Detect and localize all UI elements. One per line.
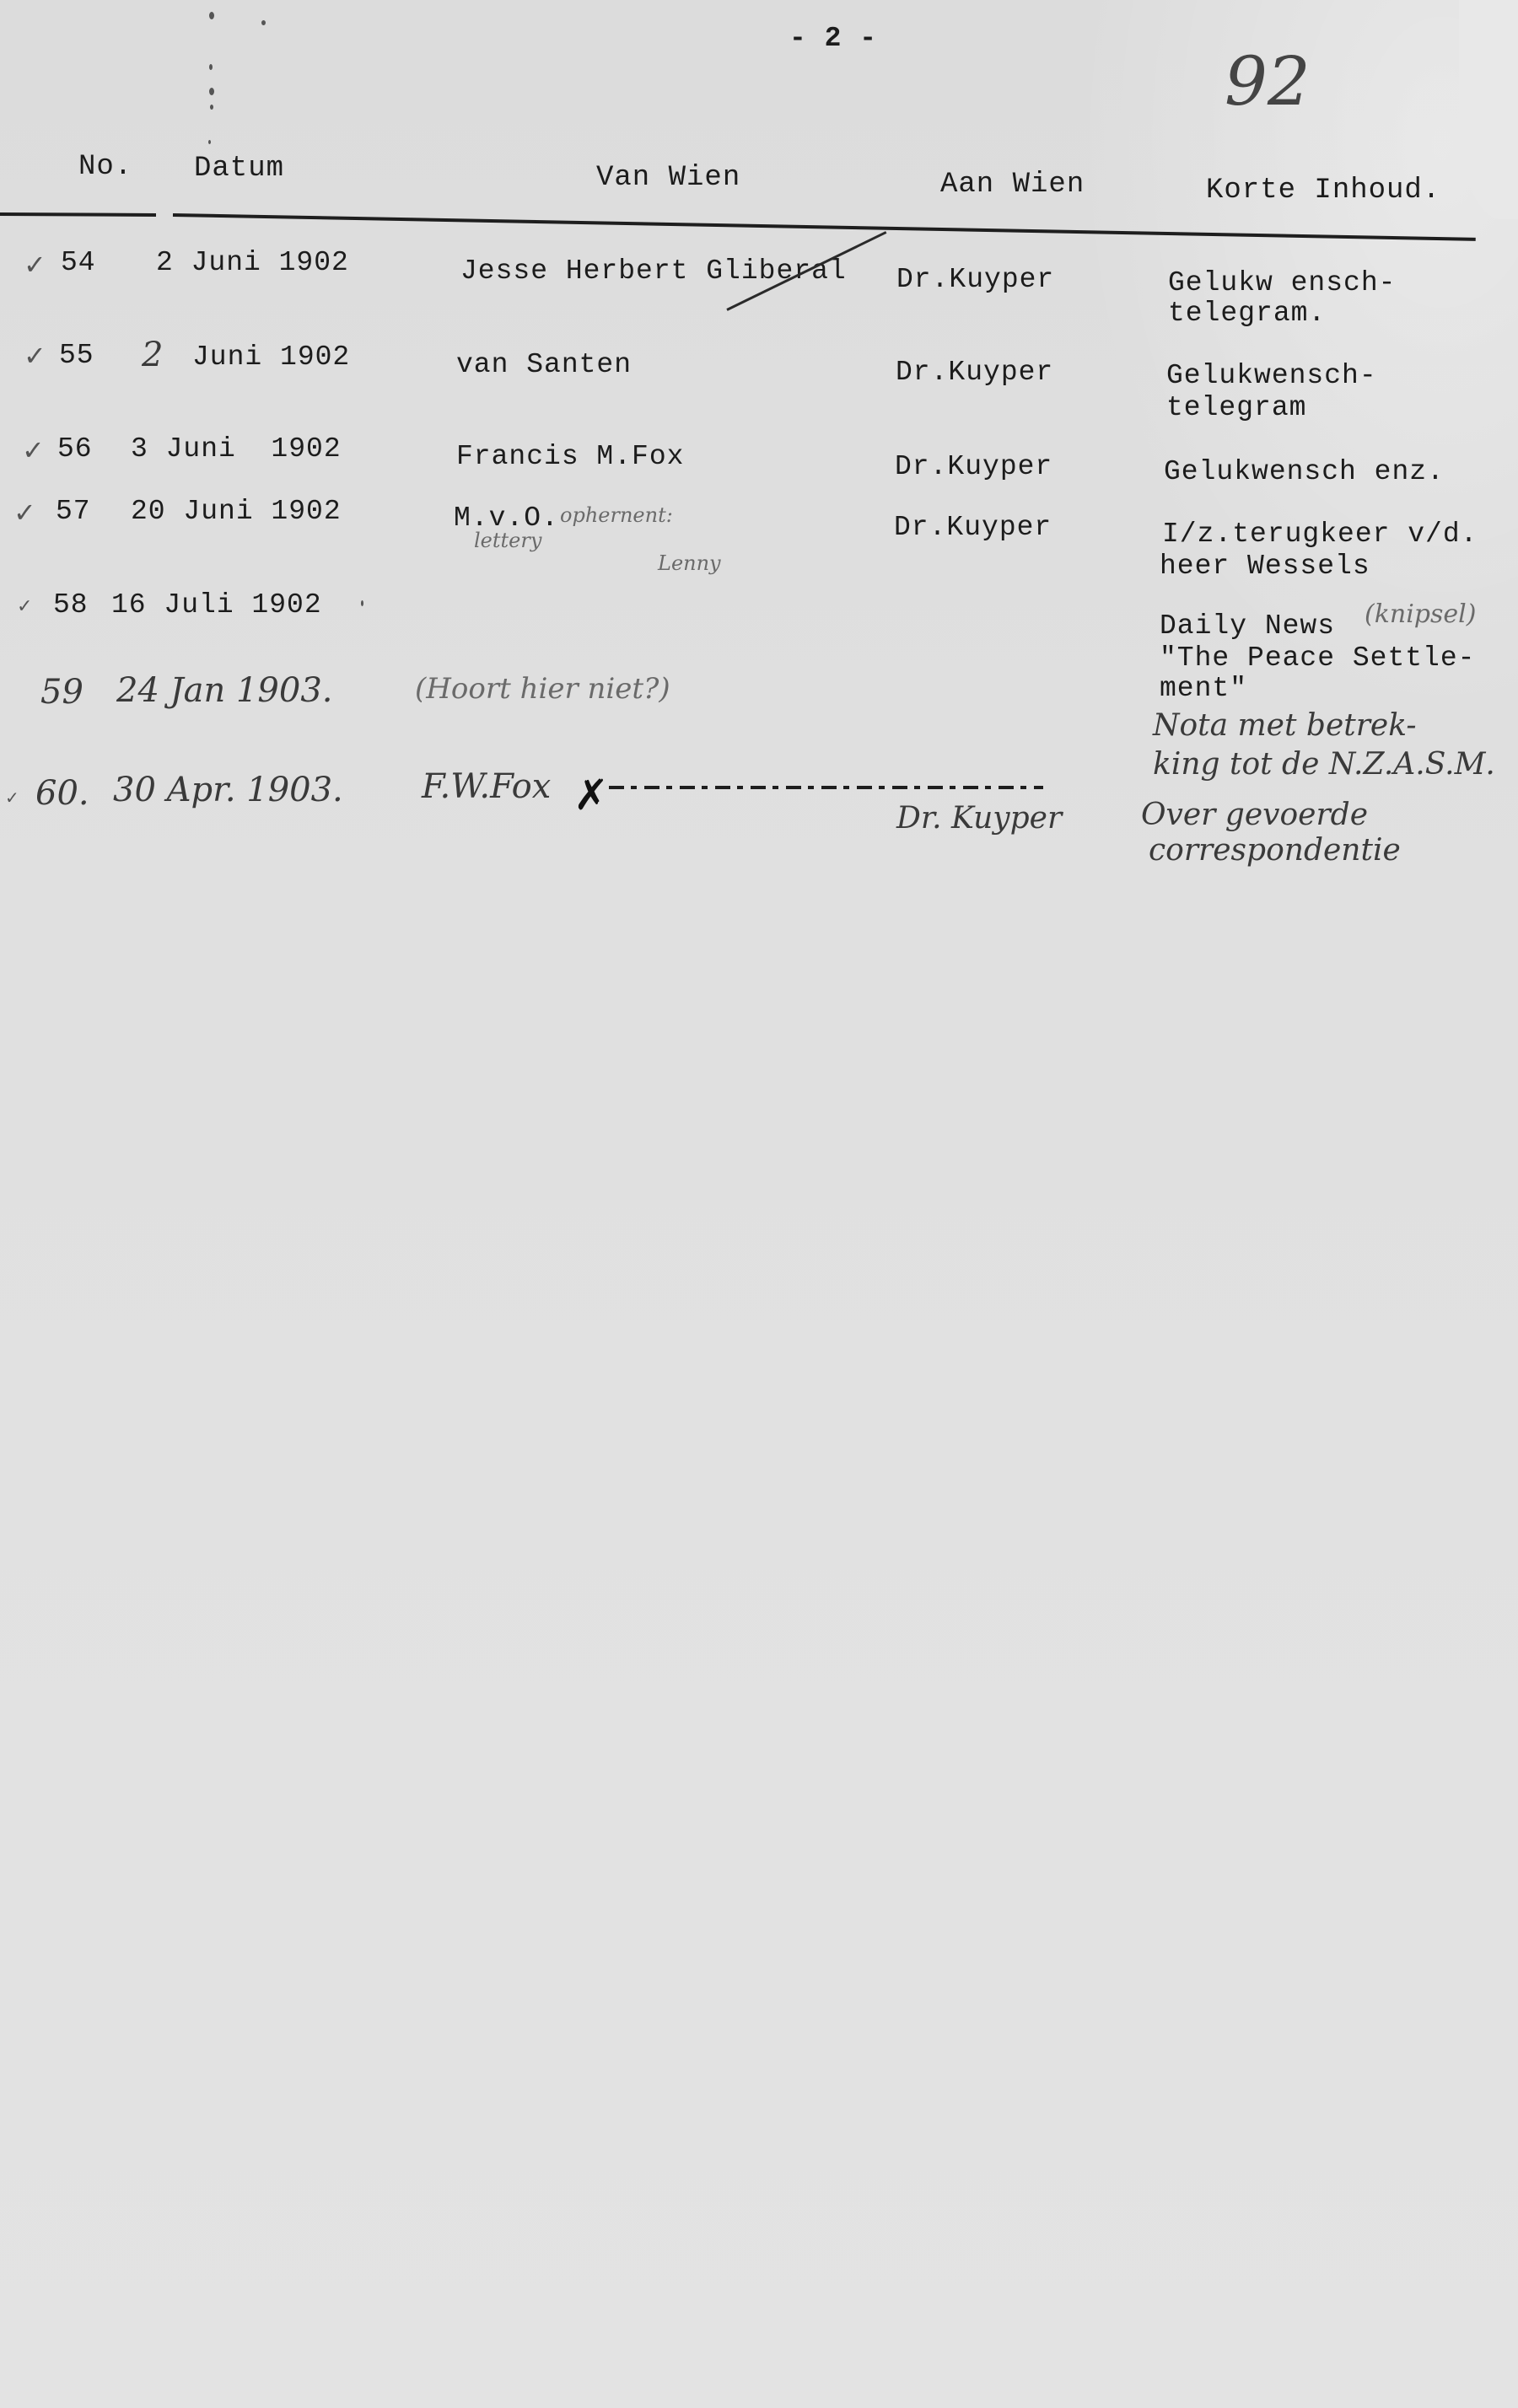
row-datum: 24 Jan 1903. xyxy=(116,673,332,708)
row-aan-wien: Dr.Kuyper xyxy=(896,265,1054,295)
row-inhoud-line: Over gevoerde xyxy=(1141,798,1368,833)
row-datum: 30 Apr. 1903. xyxy=(113,772,343,808)
row-inhoud-line: Gelukwensch- xyxy=(1166,361,1377,391)
ink-speck xyxy=(361,600,363,606)
header-aan-wien: Aan Wien xyxy=(940,169,1085,200)
row-datum: 16 Juli 1902 xyxy=(111,590,322,621)
row-no: 55 xyxy=(59,341,94,371)
row-inhoud-line: ment" xyxy=(1160,674,1247,704)
check-mark-icon: ✓ xyxy=(13,499,36,526)
dash-dot-leader-line xyxy=(609,784,1043,791)
row-aan-wien: Dr.Kuyper xyxy=(895,452,1052,482)
row-datum: Juni 1902 xyxy=(192,342,350,373)
corner-handwritten-mark: 92 xyxy=(1225,44,1311,120)
inhoud-handwritten-note: (knipsel) xyxy=(1365,604,1476,626)
row-van-wien-handwritten: lettery xyxy=(474,529,541,551)
header-korte-inhoud: Korte Inhoud. xyxy=(1206,175,1440,206)
ink-speck xyxy=(208,140,211,144)
ink-speck xyxy=(210,105,213,110)
row-van-wien: Francis M.Fox xyxy=(456,442,684,472)
ink-speck xyxy=(209,64,213,70)
row-inhoud-line: Gelukwensch enz. xyxy=(1164,457,1445,487)
row-datum-day-handwritten: 2 xyxy=(142,337,163,373)
row-aan-wien: Dr.Kuyper xyxy=(896,357,1053,388)
header-datum: Datum xyxy=(194,153,284,184)
row-no: 58 xyxy=(53,590,89,621)
row-van-wien: (Hoort hier niet?) xyxy=(415,671,670,707)
row-no: 59 xyxy=(40,675,83,710)
page-number: - 2 - xyxy=(789,24,877,54)
row-inhoud-line: heer Wessels xyxy=(1160,551,1370,582)
row-inhoud-line: "The Peace Settle- xyxy=(1160,643,1475,674)
row-inhoud-line: king tot de N.Z.A.S.M. xyxy=(1153,747,1495,782)
cross-mark-icon: ✗ xyxy=(573,774,609,816)
ink-speck xyxy=(209,12,214,19)
row-van-wien: van Santen xyxy=(456,350,632,380)
row-no: 54 xyxy=(61,248,96,278)
row-van-wien-handwritten: Lenny xyxy=(658,552,721,574)
row-datum: 2 Juni 1902 xyxy=(156,248,349,278)
row-inhoud-line: Nota met betrek- xyxy=(1153,708,1417,744)
row-no: 60. xyxy=(35,776,89,811)
row-datum: 3 Juni 1902 xyxy=(131,434,342,465)
row-inhoud-line: I/z.terugkeer v/d. xyxy=(1162,519,1478,550)
row-datum: 20 Juni 1902 xyxy=(131,497,342,527)
row-inhoud-line: correspondentie xyxy=(1149,833,1401,868)
check-mark-icon: ✓ xyxy=(24,342,46,369)
header-no: No. xyxy=(78,152,132,182)
check-mark-icon: ✓ xyxy=(5,784,19,811)
row-inhoud-line: telegram xyxy=(1166,393,1306,423)
row-no: 56 xyxy=(57,434,93,465)
check-mark-icon: ✓ xyxy=(17,594,32,621)
check-mark-icon: ✓ xyxy=(24,251,46,278)
header-van-wien: Van Wien xyxy=(596,163,740,193)
row-van-wien: Jesse Herbert Gliberal xyxy=(460,256,847,287)
row-no: 57 xyxy=(56,497,91,527)
row-aan-wien: Dr.Kuyper xyxy=(894,513,1052,543)
ink-speck xyxy=(261,20,266,25)
row-aan-wien: Dr. Kuyper xyxy=(896,801,1062,836)
row-van-wien: F.W.Fox xyxy=(422,769,551,804)
row-inhoud-line: Daily News xyxy=(1160,611,1335,642)
row-inhoud-line: Gelukw ensch- xyxy=(1168,268,1396,298)
ink-speck xyxy=(209,88,214,95)
check-mark-icon: ✓ xyxy=(22,437,45,464)
row-inhoud-line: telegram. xyxy=(1168,298,1326,329)
row-van-wien-handwritten: ophernent: xyxy=(560,504,673,526)
